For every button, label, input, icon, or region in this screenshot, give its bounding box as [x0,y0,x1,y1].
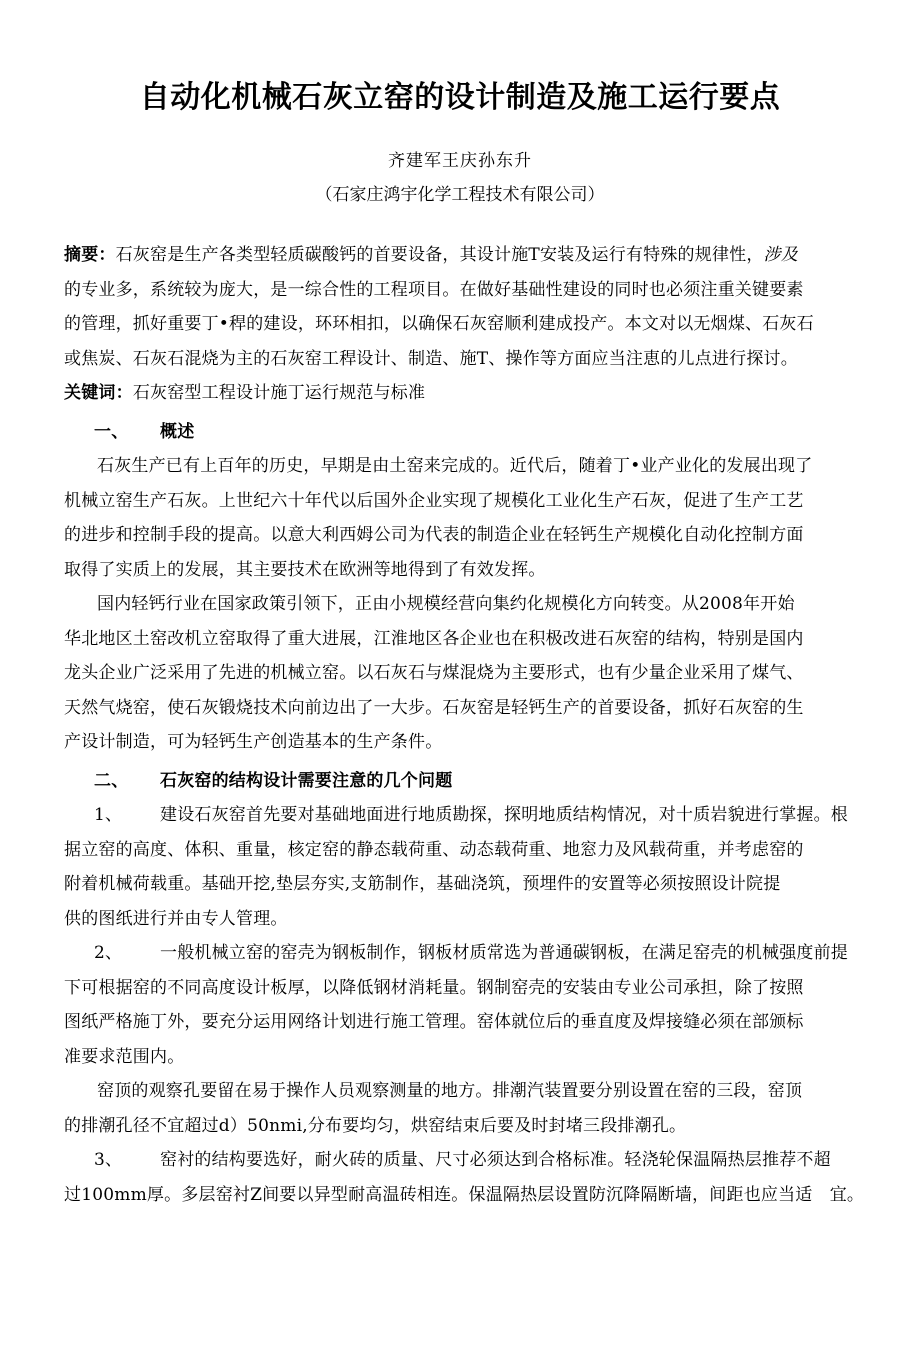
paragraph-line: 窑顶的观察孔要留在易于操作人员观察测量的地方。排潮汽装置要分别设置在窑的三段，窑… [64,1074,856,1109]
document-page: 自动化机械石灰立窑的设计制造及施工运行要点 齐建军王庆孙东升 （石家庄鸿宇化学工… [0,0,920,1361]
paragraph-line: 天然气烧窑，使石灰锻烧技术向前边出了一大步。石灰窑是轻钙生产的首要设备，抓好石灰… [64,691,856,726]
section-heading-2: 二、石灰窑的结构设计需要注意的几个问题 [64,764,856,799]
paragraph-line: 国内轻钙行业在国家政策引领下，正由小规模经营向集约化规模化方向转变。从2008年… [64,587,856,622]
document-body: 摘要：石灰窑是生产各类型轻质碳酸钙的首要设备，其设计施T安装及运行有特殊的规律性… [64,238,856,1212]
abstract-label: 摘要： [64,245,116,265]
abstract-line: 的管理，抓好重要丁•稈的建设，环环相扣，以确保石灰窑顺利建成投产。本文对以无烟煤… [64,307,856,342]
abstract-text: 石灰窑是生产各类型轻质碳酸钙的首要设备，其设计施T安装及运行有特殊的规律性， [116,245,764,265]
numbered-item-line: 1、建设石灰窑首先要对基础地面进行地质勘探，探明地质结构情况，对十质岩貌进行掌握… [64,798,856,833]
paragraph-line: 准要求范围内。 [64,1040,856,1075]
paragraph-line: 华北地区土窑改机立窑取得了重大进展，江淮地区各企业也在积极改进石灰窑的结构，特别… [64,622,856,657]
item-number: 2、 [94,936,160,971]
numbered-item-line: 2、一般机械立窑的窑壳为钢板制作，钢板材质常选为普通碳钢板，在满足窑壳的机械强度… [64,936,856,971]
paragraph-line: 附着机械荷载重。基础开挖,垫层夯实,支筋制作，基础浇筑，预埋件的安置等必须按照设… [64,867,856,902]
abstract-line: 的专业多，系统较为庞大，是一综合性的工程项目。在做好基础性建设的同时也必须注重关… [64,273,856,308]
section-title: 石灰窑的结构设计需要注意的几个问题 [160,771,452,791]
paragraph-line: 图纸严格施丁外，要充分运用网络计划进行施工管理。窑体就位后的垂直度及焊接缝必须在… [64,1005,856,1040]
affiliation: （石家庄鸿宇化学工程技术有限公司） [0,183,920,207]
section-title: 概述 [160,422,194,442]
item-number: 3、 [94,1143,160,1178]
keywords-label: 关键词： [64,383,133,403]
paragraph-line: 据立窑的高度、体积、重量，核定窑的静态载荷重、动态载荷重、地窓力及风载荷重，并考… [64,833,856,868]
numbered-item-line: 3、窑衬的结构要选好，耐火砖的质量、尺寸必须达到合格标准。轻浇轮保温隔热层推荐不… [64,1143,856,1178]
keywords-line: 关键词：石灰窑型工程设计施丁运行规范与标准 [64,376,856,411]
paragraph-line: 龙头企业广泛采用了先进的机械立窑。以石灰石与煤混烧为主要形式，也有少量企业采用了… [64,656,856,691]
paragraph-line: 产设计制造，可为轻钙生产创造基本的生产条件。 [64,725,856,760]
abstract-line: 摘要：石灰窑是生产各类型轻质碳酸钙的首要设备，其设计施T安装及运行有特殊的规律性… [64,238,856,273]
item-number: 1、 [94,798,160,833]
paragraph-line: 供的图纸进行并由专人管理。 [64,902,856,937]
paragraph-line: 的进步和控制手段的提高。以意大利西姆公司为代表的制造企业在轻钙生产规模化自动化控… [64,518,856,553]
paragraph-line: 的排潮孔径不宜超过d）50nmi,分布要均匀，烘窑结束后要及时封堵三段排潮孔。 [64,1109,856,1144]
section-marker: 二、 [94,764,160,799]
section-marker: 一、 [94,415,160,450]
item-text: 窑衬的结构要选好，耐火砖的质量、尺寸必须达到合格标准。轻浇轮保温隔热层推荐不超 [160,1150,831,1170]
keywords-text: 石灰窑型工程设计施丁运行规范与标准 [133,383,425,403]
item-text: 一般机械立窑的窑壳为钢板制作，钢板材质常选为普通碳钢板，在满足窑壳的机械强度前提 [160,943,848,963]
paragraph-line: 过100mm厚。多层窑衬Z间要以异型耐高温砖相连。保温隔热层设置防沉降隔断墙，间… [64,1178,856,1213]
item-text: 建设石灰窑首先要对基础地面进行地质勘探，探明地质结构情况，对十质岩貌进行掌握。根 [160,805,848,825]
paragraph-line: 下可根据窑的不同高度设计板厚，以降低钢材消耗量。钢制窑壳的安装由专业公司承担，除… [64,971,856,1006]
abstract-line: 或焦炭、石灰石混烧为主的石灰窑工稈设计、制造、施T、操作等方面应当注恵的儿点进行… [64,342,856,377]
paragraph-line: 石灰生产已有上百年的历史，早期是由土窑来完成的。近代后，随着丁•业产业化的发展出… [64,449,856,484]
paragraph-line: 取得了实质上的发展，其主要技术在欧洲等地得到了有效发挥。 [64,553,856,588]
page-title: 自动化机械石灰立窑的设计制造及施工运行要点 [64,80,856,116]
authors: 齐建军王庆孙东升 [0,149,920,173]
abstract-text-italic: 涉及 [764,245,798,265]
paragraph-line: 机械立窑生产石灰。上世纪六十年代以后国外企业实现了规模化工业化生产石灰，促进了生… [64,484,856,519]
section-heading-1: 一、概述 [64,415,856,450]
